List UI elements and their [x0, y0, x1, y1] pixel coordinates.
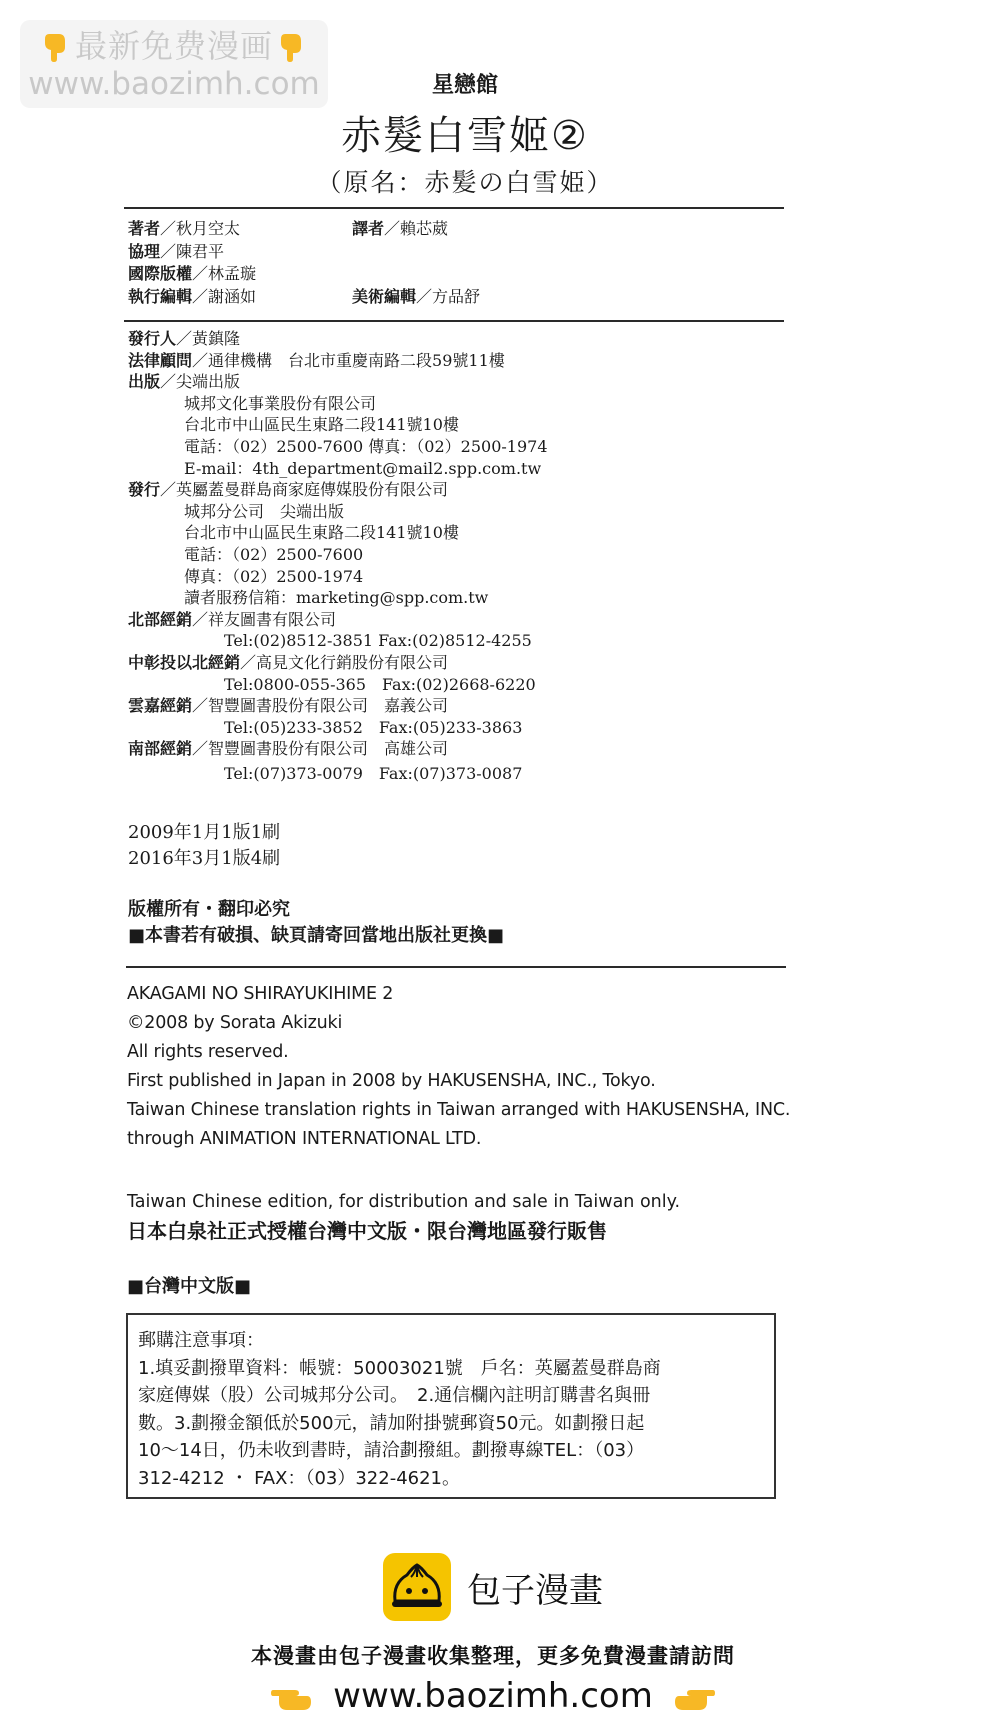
pointing-left-hand-icon [671, 1681, 715, 1711]
credit-value: 林孟璇 [208, 264, 256, 283]
separator: ／ [192, 351, 208, 370]
credit-value: 秋月空太 [176, 219, 240, 238]
mail-order-line: 1.填妥劃撥單資料：帳號：50003021號 戶名：英屬蓋曼群島商 [138, 1355, 764, 1383]
dealer-contact: Tel:0800-055-365 Fax:(02)2668-6220 [128, 674, 548, 696]
dealer-row: 雲嘉經銷／智豐圖書股份有限公司 嘉義公司 [128, 695, 548, 717]
info-value: 英屬蓋曼群島商家庭傳媒股份有限公司 [176, 480, 448, 499]
mail-order-title: 郵購注意事項： [138, 1327, 764, 1355]
pointing-down-hand-icon [43, 31, 69, 61]
mail-order-line: 數。3.劃撥金額低於500元，請加附掛號郵資50元。如劃撥日起 [138, 1410, 764, 1438]
info-label: 出版 [128, 372, 160, 391]
separator: ／ [160, 242, 176, 261]
book-title: 赤髮白雪姬② [0, 104, 930, 161]
mail-order-line: 家庭傳媒（股）公司城邦分公司。 2.通信欄內註明訂購書名與冊 [138, 1382, 764, 1410]
dealer-row: 中彰投以北經銷／高見文化行銷股份有限公司 [128, 652, 548, 674]
credits-section: 著者／秋月空太 譯者／賴芯葳 協理／陳君平 國際版權／林孟璇 執行編輯／謝涵如 … [128, 218, 576, 308]
fax-line: 傳真：（02）2500-1974 [128, 566, 548, 588]
credit-label: 譯者 [352, 219, 384, 238]
phone-line: 電話：（02）2500-7600 傳真：（02）2500-1974 [128, 436, 548, 458]
separator: ／ [384, 219, 400, 238]
english-line: ©2008 by Sorata Akizuki [127, 1009, 790, 1038]
separator: ／ [160, 219, 176, 238]
credit-value: 謝涵如 [208, 287, 256, 306]
email-line: 讀者服務信箱：marketing@spp.com.tw [128, 587, 548, 609]
dealer-name: 高見文化行銷股份有限公司 [256, 653, 448, 672]
info-label: 發行 [128, 480, 160, 499]
info-value: 通律機構 台北市重慶南路二段59號11樓 [208, 351, 505, 370]
credit-row: 協理／陳君平 [128, 241, 576, 264]
dealer-name: 智豐圖書股份有限公司 嘉義公司 [208, 696, 448, 715]
dealer-label: 雲嘉經銷 [128, 696, 192, 715]
info-label: 法律顧問 [128, 351, 192, 370]
watermark-text: 最新免费漫画 [75, 26, 273, 66]
separator: ／ [160, 480, 176, 499]
dealer-row: 南部經銷／智豐圖書股份有限公司 高雄公司 [128, 738, 548, 760]
dealer-contact: Tel:(07)373-0079 Fax:(07)373-0087 [128, 763, 548, 785]
mail-order-line: 312-4212 ・ FAX：（03）322-4621。 [138, 1465, 764, 1493]
separator: ／ [192, 287, 208, 306]
info-value: 尖端出版 [176, 372, 240, 391]
print-history: 2009年1月1版1刷 2016年3月1版4刷 [128, 820, 280, 872]
info-value: 黃鎮隆 [192, 329, 240, 348]
credit-label: 執行編輯 [128, 287, 192, 306]
edition-notice: Taiwan Chinese edition, for distribution… [127, 1188, 680, 1246]
divider [124, 320, 784, 322]
publishing-info: 發行人／黃鎮隆 法律顧問／通律機構 台北市重慶南路二段59號11樓 出版／尖端出… [128, 328, 548, 784]
english-copyright: AKAGAMI NO SHIRAYUKIHIME 2 ©2008 by Sora… [127, 980, 790, 1154]
address-line: 台北市中山區民生東路二段141號10樓 [128, 414, 548, 436]
email-line: E-mail：4th_department@mail2.spp.com.tw [128, 458, 548, 480]
publisher-imprint: 星戀館 [0, 68, 930, 99]
publishing-row: 出版／尖端出版 [128, 371, 548, 393]
edition-en: Taiwan Chinese edition, for distribution… [127, 1188, 680, 1217]
dealer-contact: Tel:(02)8512-3851 Fax:(02)8512-4255 [128, 630, 548, 652]
address-line: 城邦文化事業股份有限公司 [128, 393, 548, 415]
credit-label: 協理 [128, 242, 160, 261]
credit-row: 執行編輯／謝涵如 美術編輯／方品舒 [128, 286, 576, 309]
mail-order-line: 10～14日，仍未收到書時，請洽劃撥組。劃撥專線TEL：（03） [138, 1437, 764, 1465]
dealer-contact: Tel:(05)233-3852 Fax:(05)233-3863 [128, 717, 548, 739]
separator: ／ [416, 287, 432, 306]
print-date: 2016年3月1版4刷 [128, 846, 280, 872]
address-line: 城邦分公司 尖端出版 [128, 501, 548, 523]
credit-label: 著者 [128, 219, 160, 238]
english-line: Taiwan Chinese translation rights in Tai… [127, 1096, 790, 1125]
separator: ／ [192, 739, 208, 758]
site-url-link[interactable]: www.baozimh.com [333, 1676, 653, 1716]
credit-label: 美術編輯 [352, 287, 416, 306]
brand-banner[interactable]: 包子漫畫 [0, 1553, 986, 1621]
credit-value: 方品舒 [432, 287, 480, 306]
english-line: through ANIMATION INTERNATIONAL LTD. [127, 1125, 790, 1154]
credit-value: 陳君平 [176, 242, 224, 261]
brand-name: 包子漫畫 [467, 1563, 603, 1612]
english-line: AKAGAMI NO SHIRAYUKIHIME 2 [127, 980, 790, 1009]
original-title: （原名：赤髪の白雪姫） [0, 163, 930, 199]
separator: ／ [240, 653, 256, 672]
separator: ／ [160, 372, 176, 391]
footer-url-row[interactable]: www.baozimh.com [0, 1676, 986, 1716]
legal-row: 法律顧問／通律機構 台北市重慶南路二段59號11樓 [128, 350, 548, 372]
separator: ／ [192, 696, 208, 715]
print-date: 2009年1月1版1刷 [128, 820, 280, 846]
dealer-row: 北部經銷／祥友圖書有限公司 [128, 609, 548, 631]
edition-zh: 日本白泉社正式授權台灣中文版・限台灣地區發行販售 [127, 1217, 680, 1246]
rights-notice: 版權所有・翻印必究 ■本書若有破損、缺頁請寄回當地出版社更換■ [128, 897, 504, 949]
info-label: 發行人 [128, 329, 176, 348]
issuer-row: 發行人／黃鎮隆 [128, 328, 548, 350]
dealer-label: 北部經銷 [128, 610, 192, 629]
distribution-row: 發行／英屬蓋曼群島商家庭傳媒股份有限公司 [128, 479, 548, 501]
credit-label: 國際版權 [128, 264, 192, 283]
mail-order-notice: 郵購注意事項： 1.填妥劃撥單資料：帳號：50003021號 戶名：英屬蓋曼群島… [126, 1313, 776, 1499]
pointing-right-hand-icon [271, 1681, 315, 1711]
dealer-label: 南部經銷 [128, 739, 192, 758]
separator: ／ [176, 329, 192, 348]
separator: ／ [192, 264, 208, 283]
dealer-label: 中彰投以北經銷 [128, 653, 240, 672]
address-line: 台北市中山區民生東路二段141號10樓 [128, 522, 548, 544]
credit-row: 著者／秋月空太 譯者／賴芯葳 [128, 218, 576, 241]
replacement-notice: ■本書若有破損、缺頁請寄回當地出版社更換■ [128, 923, 504, 949]
pointing-down-hand-icon [279, 31, 305, 61]
english-line: All rights reserved. [127, 1038, 790, 1067]
credit-value: 賴芯葳 [400, 219, 448, 238]
phone-line: 電話：（02）2500-7600 [128, 544, 548, 566]
dealer-name: 智豐圖書股份有限公司 高雄公司 [208, 739, 448, 758]
dealer-name: 祥友圖書有限公司 [208, 610, 336, 629]
divider [124, 207, 784, 209]
english-line: First published in Japan in 2008 by HAKU… [127, 1067, 790, 1096]
separator: ／ [192, 610, 208, 629]
copyright-notice: 版權所有・翻印必究 [128, 897, 504, 923]
bun-logo-icon [383, 1553, 451, 1621]
footer-message: 本漫畫由包子漫畫收集整理，更多免費漫畫請訪問 [0, 1640, 986, 1670]
taiwan-edition-tag: ■台灣中文版■ [127, 1272, 251, 1298]
divider [126, 966, 786, 968]
credit-row: 國際版權／林孟璇 [128, 263, 576, 286]
